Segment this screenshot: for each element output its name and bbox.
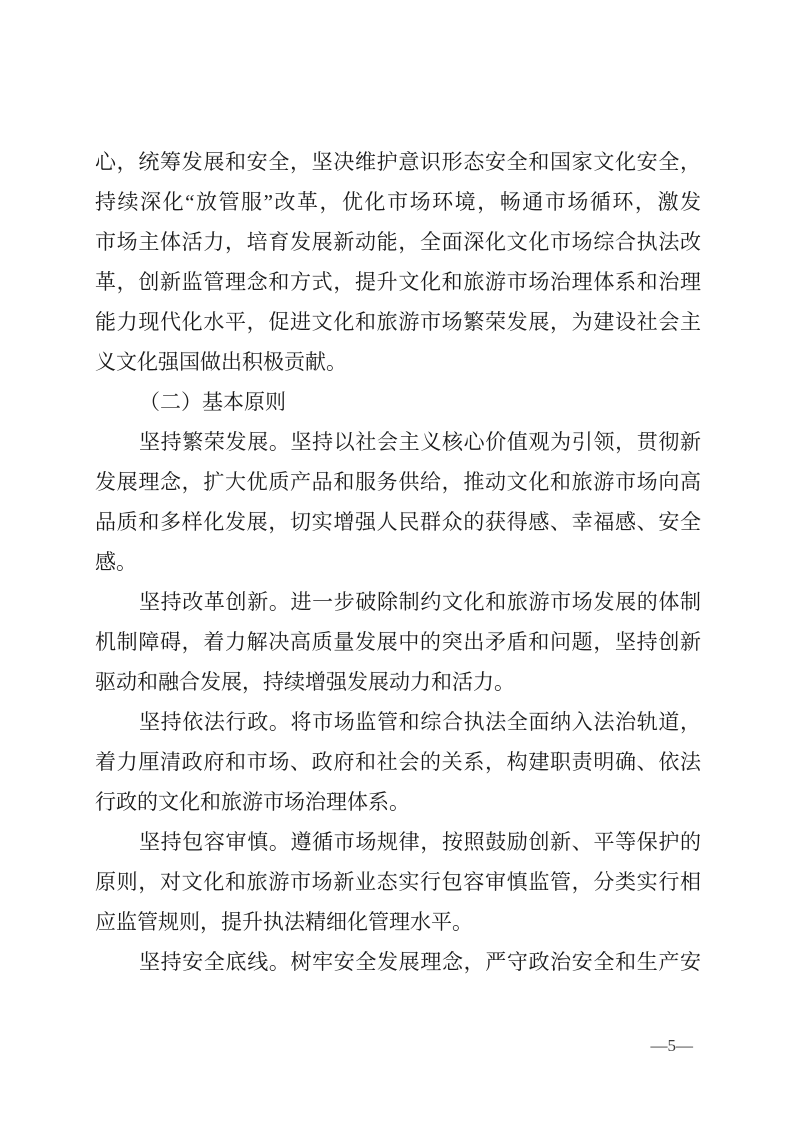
paragraph-rule-of-law-line: 着力厘清政府和市场、政府和社会的关系，构建职责明确、依法 bbox=[95, 742, 701, 782]
paragraph-rule-of-law-line: 行政的文化和旅游市场治理体系。 bbox=[95, 782, 701, 822]
paragraph-continuation-line: 能力现代化水平，促进文化和旅游市场繁荣发展，为建设社会主 bbox=[95, 302, 701, 342]
paragraph-reform-line: 坚持改革创新。进一步破除制约文化和旅游市场发展的体制 bbox=[95, 582, 701, 622]
paragraph-continuation-line: 革，创新监管理念和方式，提升文化和旅游市场治理体系和治理 bbox=[95, 262, 701, 302]
paragraph-prudent-regulation-line: 原则，对文化和旅游市场新业态实行包容审慎监管，分类实行相 bbox=[95, 862, 701, 902]
page-number: —5— bbox=[651, 1035, 694, 1057]
paragraph-safety-bottom-line-line: 坚持安全底线。树牢安全发展理念，严守政治安全和生产安 bbox=[95, 942, 701, 982]
document-page: 心，统筹发展和安全，坚决维护意识形态安全和国家文化安全，持续深化“放管服”改革，… bbox=[0, 0, 793, 1122]
paragraph-prosperity-line: 感。 bbox=[95, 542, 701, 582]
paragraph-reform-line: 驱动和融合发展，持续增强发展动力和活力。 bbox=[95, 662, 701, 702]
paragraph-continuation-line: 持续深化“放管服”改革，优化市场环境，畅通市场循环，激发 bbox=[95, 182, 701, 222]
document-body-text: 心，统筹发展和安全，坚决维护意识形态安全和国家文化安全，持续深化“放管服”改革，… bbox=[95, 142, 701, 982]
paragraph-prudent-regulation-line: 坚持包容审慎。遵循市场规律，按照鼓励创新、平等保护的 bbox=[95, 822, 701, 862]
paragraph-prosperity-line: 发展理念，扩大优质产品和服务供给，推动文化和旅游市场向高 bbox=[95, 462, 701, 502]
paragraph-prosperity-line: 坚持繁荣发展。坚持以社会主义核心价值观为引领，贯彻新 bbox=[95, 422, 701, 462]
paragraph-continuation-line: 义文化强国做出积极贡献。 bbox=[95, 342, 701, 382]
paragraph-reform-line: 机制障碍，着力解决高质量发展中的突出矛盾和问题，坚持创新 bbox=[95, 622, 701, 662]
paragraph-prudent-regulation-line: 应监管规则，提升执法精细化管理水平。 bbox=[95, 902, 701, 942]
section-heading-line: （二）基本原则 bbox=[95, 382, 701, 422]
paragraph-rule-of-law-line: 坚持依法行政。将市场监管和综合执法全面纳入法治轨道， bbox=[95, 702, 701, 742]
paragraph-continuation-line: 心，统筹发展和安全，坚决维护意识形态安全和国家文化安全， bbox=[95, 142, 701, 182]
paragraph-prosperity-line: 品质和多样化发展，切实增强人民群众的获得感、幸福感、安全 bbox=[95, 502, 701, 542]
paragraph-continuation-line: 市场主体活力，培育发展新动能，全面深化文化市场综合执法改 bbox=[95, 222, 701, 262]
